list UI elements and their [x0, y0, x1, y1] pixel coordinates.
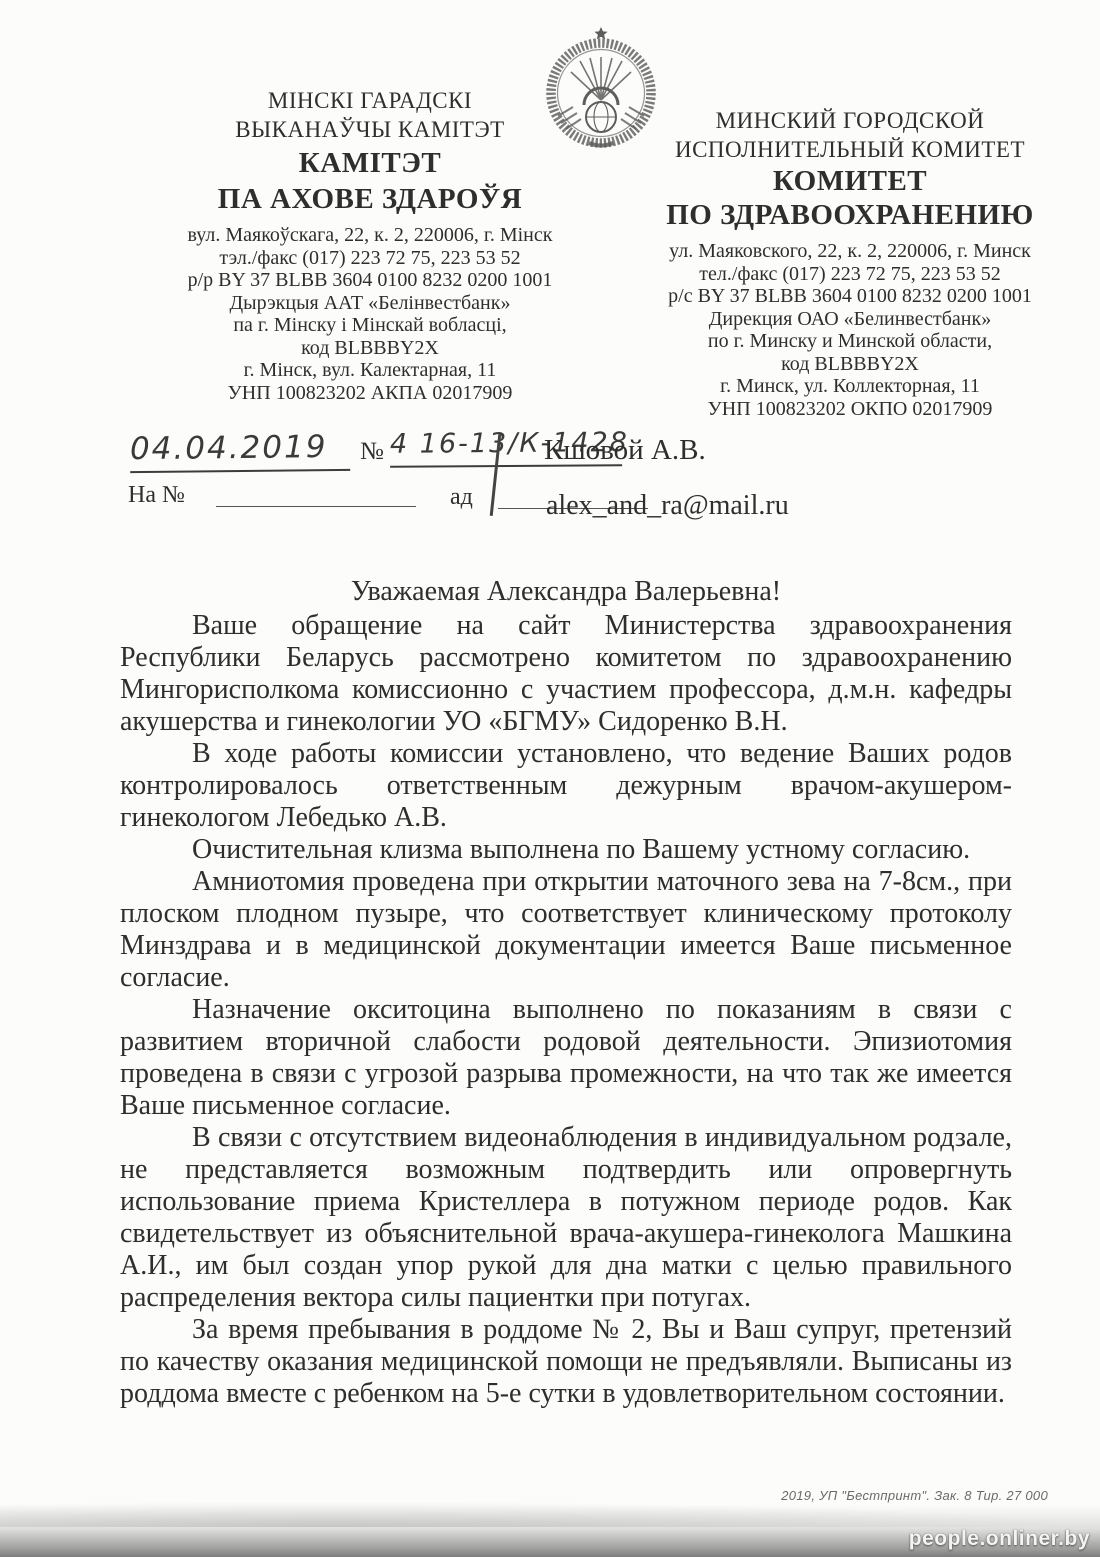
committee-name-line: ПО ЗДРАВООХРАНЕНИЮ [635, 198, 1065, 232]
salutation: Уважаемая Александра Валерьевна! [120, 576, 1012, 608]
org-name-line: ИСПОЛНИТЕЛЬНЫЙ КОМИТЕТ [635, 135, 1065, 164]
org-name-line: МИНСКИЙ ГОРОДСКОЙ [635, 106, 1065, 135]
body-paragraph: Очистительная клизма выполнена по Вашему… [120, 834, 1012, 866]
body-paragraph: В ходе работы комиссии установлено, что … [120, 738, 1012, 834]
address-line: тэл./факс (017) 223 72 75, 223 53 52 [140, 247, 600, 270]
address-line: па г. Мінску і Мінскай вобласці, [140, 314, 600, 337]
blank-underline [216, 506, 416, 507]
address-block: вул. Маякоўскага, 22, к. 2, 220006, г. М… [140, 224, 600, 404]
address-block: ул. Маяковского, 22, к. 2, 220006, г. Ми… [635, 240, 1065, 420]
address-line: код BLBBBY2X [140, 337, 600, 360]
handwritten-date: 04.04.2019 [130, 429, 350, 473]
header-belarusian: МІНСКІ ГАРАДСКІ ВЫКАНАЎЧЫ КАМІТЭТ КАМІТЭ… [140, 86, 600, 404]
address-line: р/с BY 37 BLBB 3604 0100 8232 0200 1001 [635, 285, 1065, 308]
address-line: тел./факс (017) 223 72 75, 223 53 52 [635, 263, 1065, 286]
address-line: ул. Маяковского, 22, к. 2, 220006, г. Ми… [635, 240, 1065, 263]
incoming-number-label: На № [128, 482, 185, 509]
addressee-name: Кшовой А.В. [544, 434, 706, 467]
address-line: Дырэкцыя ААТ «Белінвестбанк» [140, 292, 600, 315]
address-line: р/р BY 37 BLBB 3604 0100 8232 0200 1001 [140, 269, 600, 292]
org-name-line: МІНСКІ ГАРАДСКІ [140, 86, 600, 115]
org-name-line: ВЫКАНАЎЧЫ КАМІТЭТ [140, 115, 600, 144]
address-line: г. Мінск, вул. Калектарная, 11 [140, 359, 600, 382]
committee-name-line: КАМІТЭТ [140, 146, 600, 180]
number-sign-label: № [360, 438, 384, 466]
from-date-label: ад [450, 484, 473, 511]
address-line: УНП 100823202 ОКПО 02017909 [635, 398, 1065, 421]
address-line: Дирекция ОАО «Белинвестбанк» [635, 308, 1065, 331]
addressee-email: alex_and_ra@mail.ru [546, 490, 789, 522]
address-line: вул. Маякоўскага, 22, к. 2, 220006, г. М… [140, 224, 600, 247]
address-line: код BLBBBY2X [635, 353, 1065, 376]
address-line: по г. Минску и Минской области, [635, 330, 1065, 353]
committee-name-line: ПА АХОВЕ ЗДАРОЎЯ [140, 182, 600, 216]
address-line: УНП 100823202 АКПА 02017909 [140, 382, 600, 405]
site-watermark: people.onliner.by [909, 1527, 1090, 1551]
body-paragraph: Ваше обращение на сайт Министерства здра… [120, 610, 1012, 738]
body-paragraph: В связи с отсутствием видеонаблюдения в … [120, 1122, 1012, 1314]
scanned-letter-page: МІНСКІ ГАРАДСКІ ВЫКАНАЎЧЫ КАМІТЭТ КАМІТЭ… [0, 0, 1100, 1557]
body-paragraph: За время пребывания в роддоме № 2, Вы и … [120, 1314, 1012, 1410]
reference-block: 04.04.2019 № 4 16-13/К-1428 Кшовой А.В. … [128, 428, 1028, 548]
body-paragraph: Амниотомия проведена при открытии маточн… [120, 866, 1012, 994]
committee-name-line: КОМИТЕТ [635, 164, 1065, 198]
body-paragraph: Назначение окситоцина выполнено по показ… [120, 994, 1012, 1122]
address-line: г. Минск, ул. Коллекторная, 11 [635, 375, 1065, 398]
header-russian: МИНСКИЙ ГОРОДСКОЙ ИСПОЛНИТЕЛЬНЫЙ КОМИТЕТ… [635, 106, 1065, 420]
letter-body: Уважаемая Александра Валерьевна! Ваше об… [120, 576, 1012, 1410]
